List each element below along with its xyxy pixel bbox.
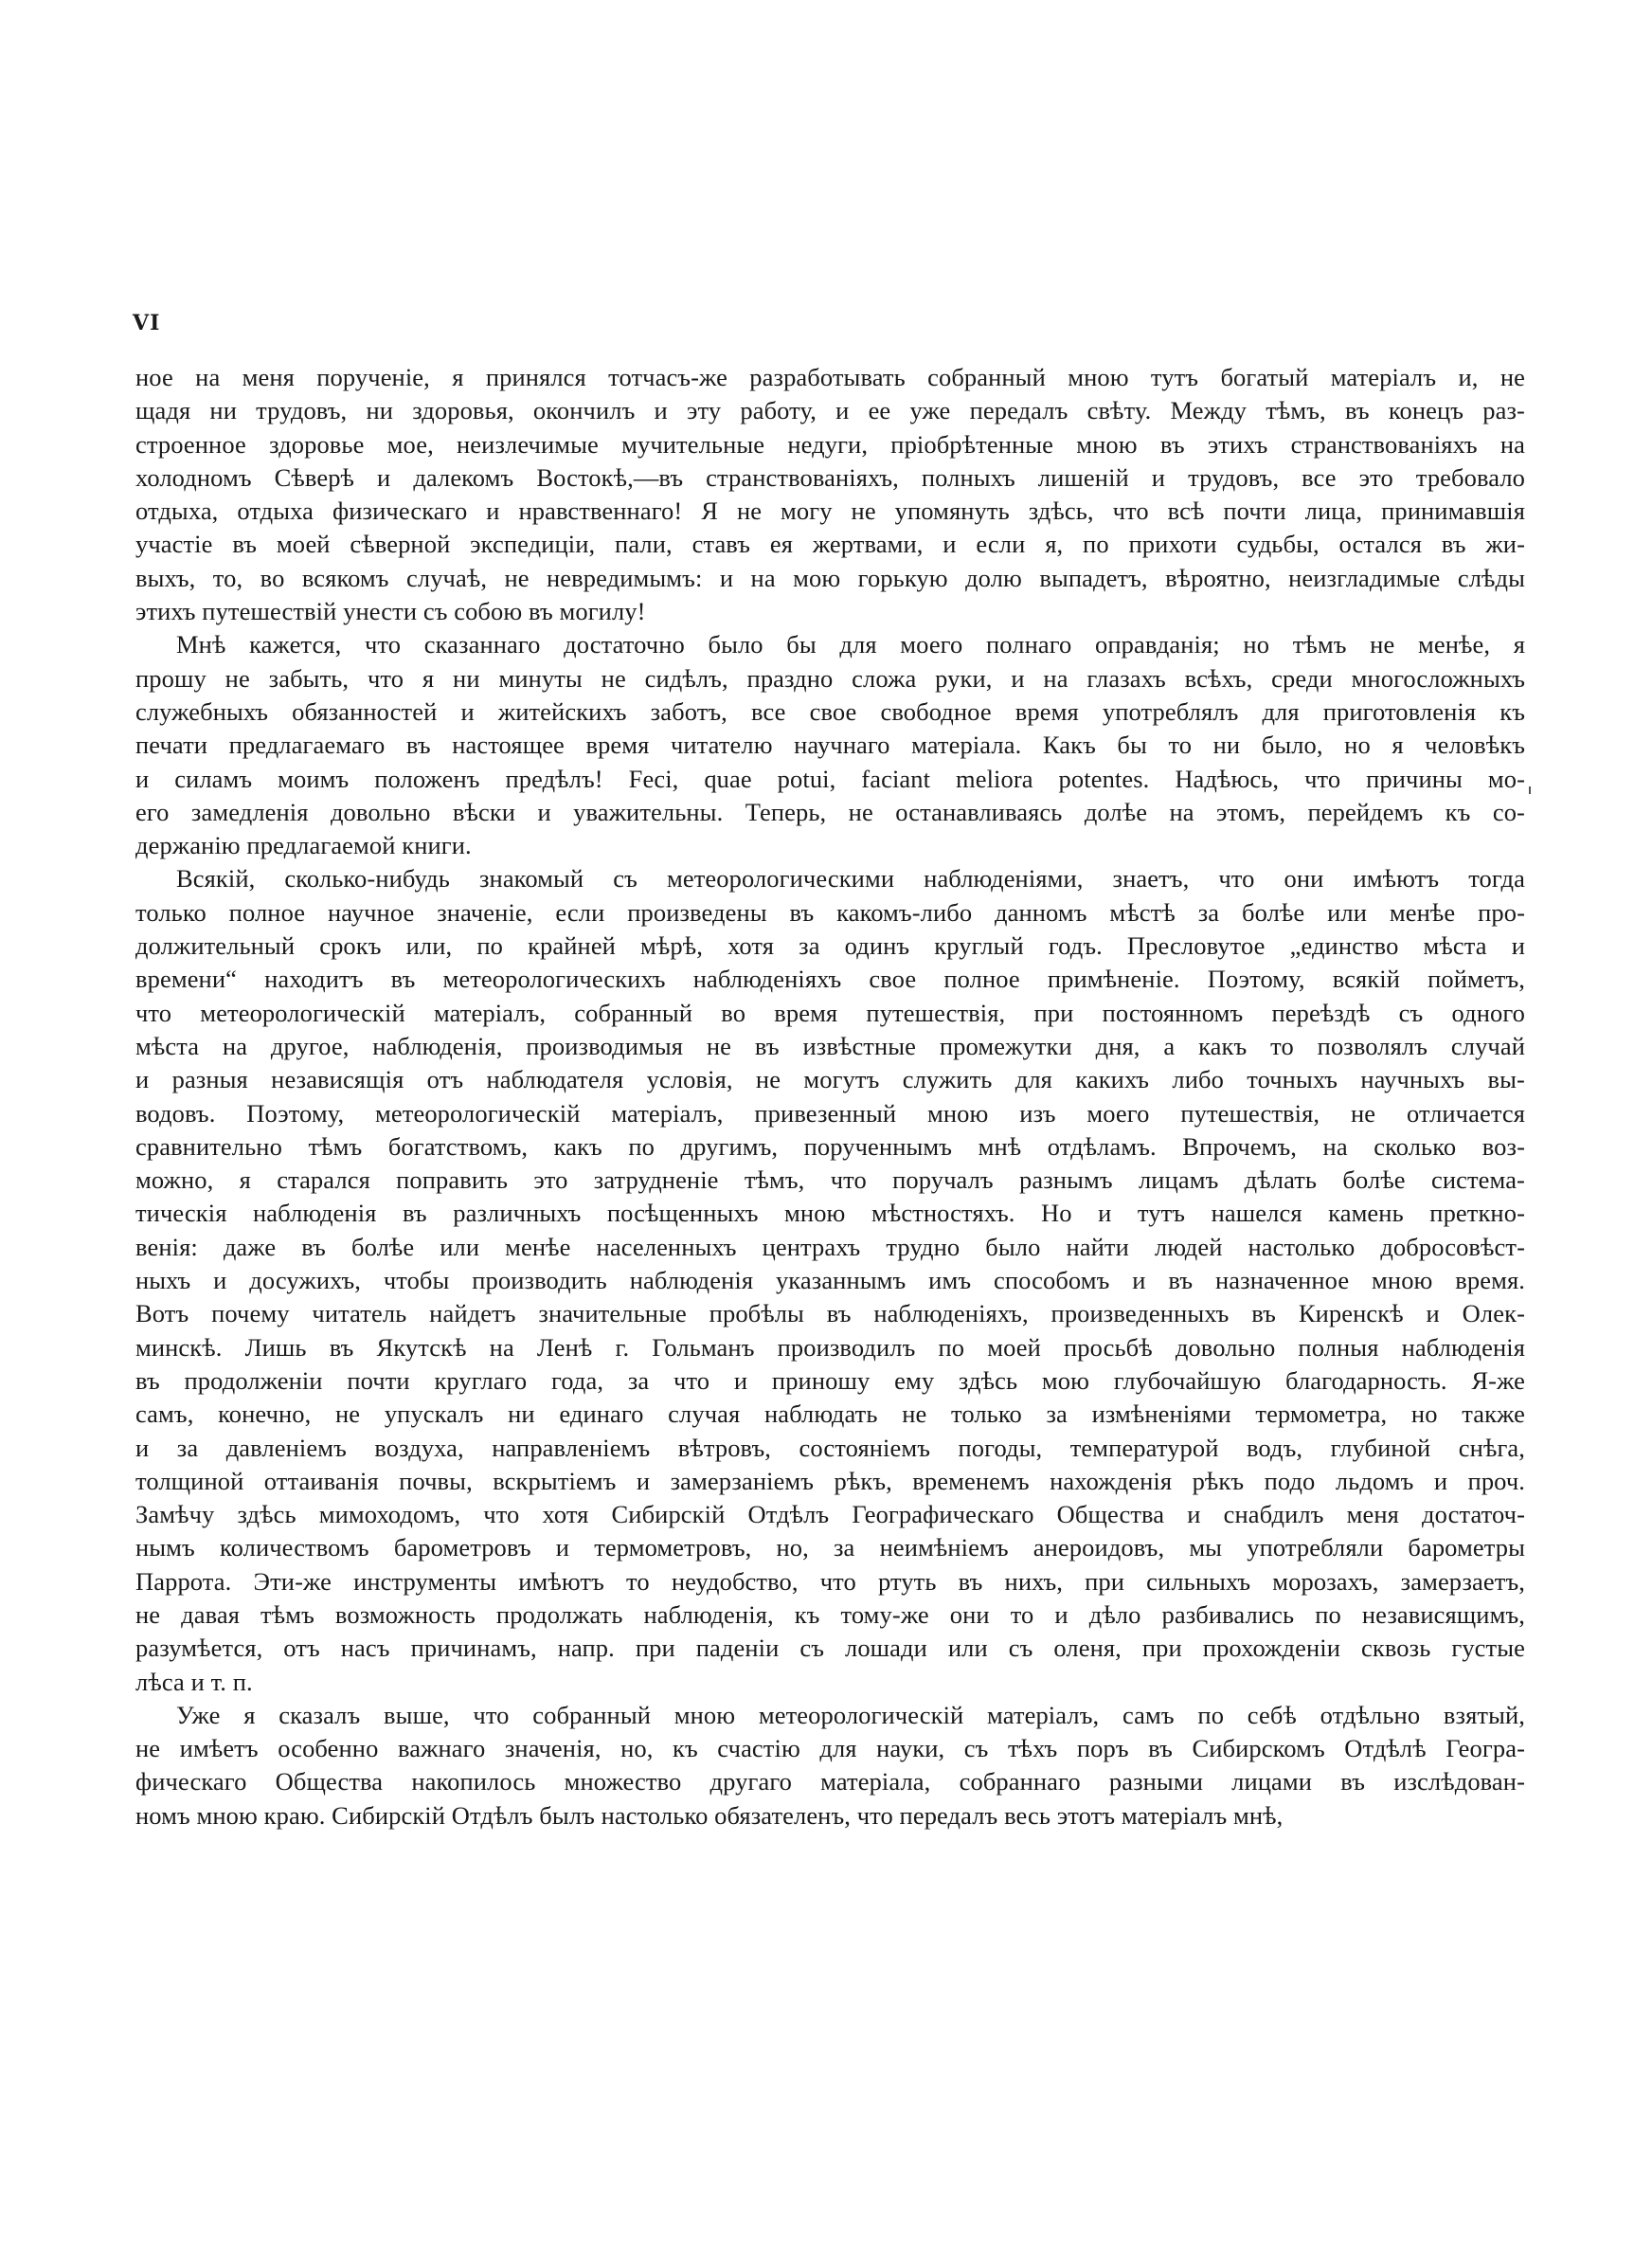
text-line: щадя ни трудовъ, ни здоровья, окончилъ и… <box>135 394 1525 427</box>
text-line: и разныя независящія отъ наблюдателя усл… <box>135 1063 1525 1096</box>
text-line: венія: даже въ болѣе или менѣе населенны… <box>135 1231 1525 1264</box>
text-line: въ продолженіи почти круглаго года, за ч… <box>135 1364 1525 1398</box>
margin-mark <box>1529 786 1531 794</box>
text-line: лѣса и т. п. <box>135 1666 1525 1699</box>
text-line: фическаго Общества накопилось множество … <box>135 1765 1525 1798</box>
text-line: толщиной оттаиванія почвы, вскрытіемъ и … <box>135 1465 1525 1498</box>
text-line: служебныхъ обязанностей и житейскихъ заб… <box>135 695 1525 729</box>
body-text: ное на меня порученіе, я принялся тотчас… <box>135 361 1525 1833</box>
text-line: мѣста на другое, наблюденія, производимы… <box>135 1030 1525 1063</box>
text-line: только полное научное значеніе, если про… <box>135 896 1525 930</box>
text-line: тическія наблюденія въ различныхъ посѣще… <box>135 1197 1525 1230</box>
book-page: VI ное на меня порученіе, я принялся тот… <box>0 0 1652 2257</box>
text-line: Всякій, сколько-нибудь знакомый съ метео… <box>135 862 1525 895</box>
text-line: разумѣется, отъ насъ причинамъ, напр. пр… <box>135 1632 1525 1665</box>
text-line: Вотъ почему читатель найдетъ значительны… <box>135 1297 1525 1330</box>
text-line: участіе въ моей сѣверной экспедиціи, пал… <box>135 528 1525 561</box>
text-line: не давая тѣмъ возможность продолжать наб… <box>135 1598 1525 1632</box>
paragraph: Всякій, сколько-нибудь знакомый съ метео… <box>135 862 1525 1698</box>
text-line: минскѣ. Лишь въ Якутскѣ на Ленѣ г. Гольм… <box>135 1331 1525 1364</box>
text-line: сравнительно тѣмъ богатствомъ, какъ по д… <box>135 1130 1525 1164</box>
text-line: водовъ. Поэтому, метеорологическій матер… <box>135 1097 1525 1130</box>
text-line: и за давленіемъ воздуха, направленіемъ в… <box>135 1432 1525 1465</box>
text-line: Мнѣ кажется, что сказаннаго достаточно б… <box>135 628 1525 661</box>
text-line: его замедленія довольно вѣски и уважител… <box>135 796 1525 829</box>
paragraph: Мнѣ кажется, что сказаннаго достаточно б… <box>135 628 1525 862</box>
paragraph: ное на меня порученіе, я принялся тотчас… <box>135 361 1525 628</box>
text-line: номъ мною краю. Сибирскій Отдѣлъ былъ на… <box>135 1799 1525 1833</box>
text-line: ное на меня порученіе, я принялся тотчас… <box>135 361 1525 394</box>
text-line: строенное здоровье мое, неизлечимые мучи… <box>135 428 1525 461</box>
text-line: печати предлагаемаго въ настоящее время … <box>135 729 1525 762</box>
text-line: холодномъ Сѣверѣ и далекомъ Востокѣ,—въ … <box>135 461 1525 495</box>
text-line: держанію предлагаемой книги. <box>135 829 1525 862</box>
text-line: Паррота. Эти-же инструменты имѣютъ то не… <box>135 1565 1525 1598</box>
text-line: отдыха, отдыха физическаго и нравственна… <box>135 495 1525 528</box>
text-line: нымъ количествомъ барометровъ и термомет… <box>135 1531 1525 1564</box>
text-line: должительный срокъ или, по крайней мѣрѣ,… <box>135 930 1525 963</box>
text-line: прошу не забыть, что я ни минуты не сидѣ… <box>135 662 1525 695</box>
text-line: выхъ, то, во всякомъ случаѣ, не невредим… <box>135 562 1525 595</box>
page-number: VI <box>133 311 160 335</box>
text-line: Уже я сказалъ выше, что собранный мною м… <box>135 1699 1525 1732</box>
text-line: что метеорологическій матеріалъ, собранн… <box>135 997 1525 1030</box>
text-line: самъ, конечно, не упускалъ ни единаго сл… <box>135 1398 1525 1431</box>
text-line: времени“ находитъ въ метеорологическихъ … <box>135 963 1525 996</box>
text-line: ныхъ и досужихъ, чтобы производить наблю… <box>135 1264 1525 1297</box>
paragraph: Уже я сказалъ выше, что собранный мною м… <box>135 1699 1525 1833</box>
text-line: можно, я старался поправить это затрудне… <box>135 1164 1525 1197</box>
text-line: Замѣчу здѣсь мимоходомъ, что хотя Сибирс… <box>135 1498 1525 1531</box>
text-line: этихъ путешествій унести съ собою въ мог… <box>135 595 1525 628</box>
text-line: и силамъ моимъ положенъ предѣлъ! Feci, q… <box>135 763 1525 796</box>
text-line: не имѣетъ особенно важнаго значенія, но,… <box>135 1732 1525 1765</box>
